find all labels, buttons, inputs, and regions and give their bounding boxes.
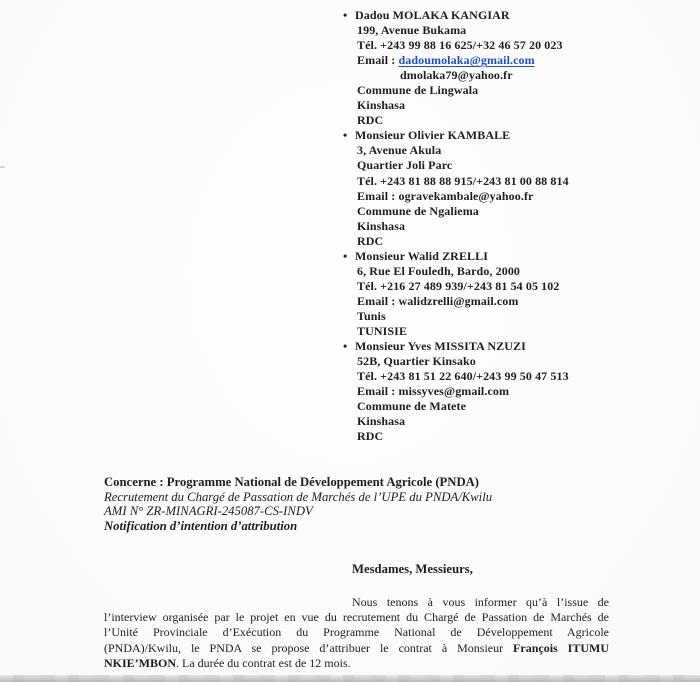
scan-artifact-bottom-band xyxy=(0,675,700,682)
address-line: 6, Rue El Fouledh, Bardo, 2000 xyxy=(343,264,569,279)
city-line: Kinshasa xyxy=(343,414,569,429)
recipient-name-line: •Monsieur Yves MISSITA NZUZI xyxy=(343,339,569,354)
recipient-block-zrelli: •Monsieur Walid ZRELLI 6, Rue El Fouledh… xyxy=(343,249,569,339)
recipient-list: •Dadou MOLAKA KANGIAR 199, Avenue Bukama… xyxy=(343,8,569,444)
body-line-5: NKIE’MBON. La durée du contrat est de 12… xyxy=(104,656,609,671)
body-line-4-text: (PNDA)/Kwilu, le PNDA se propose d’attri… xyxy=(104,641,513,655)
phone-line: Tél. +216 27 489 939/+243 81 54 05 102 xyxy=(343,279,569,294)
secondary-email-line: dmolaka79@yahoo.fr xyxy=(343,68,569,83)
phone-line: Tél. +243 81 51 22 640/+243 99 50 47 513 xyxy=(343,369,569,384)
country-line: TUNISIE xyxy=(343,324,569,339)
address-line: 199, Avenue Bukama xyxy=(343,23,569,38)
recipient-block-missita: •Monsieur Yves MISSITA NZUZI 52B, Quarti… xyxy=(343,339,569,444)
body-line-4: (PNDA)/Kwilu, le PNDA se propose d’attri… xyxy=(104,641,609,656)
salutation: Mesdames, Messieurs, xyxy=(352,562,473,577)
email-line: Email : dadoumolaka@gmail.com xyxy=(343,53,569,68)
email-text: missyves@gmail.com xyxy=(398,384,509,398)
body-line-3: l’Unité Provinciale d’Exécution du Progr… xyxy=(104,625,609,640)
email-line: Email : missyves@gmail.com xyxy=(343,384,569,399)
commune-line: Commune de Ngaliema xyxy=(343,204,569,219)
bullet-icon: • xyxy=(343,128,355,143)
email-label: Email : xyxy=(357,384,398,398)
scanned-letter-page: { "glyphs": { "bullet": "•" }, "colors":… xyxy=(0,0,700,682)
subject-recrutement: Recrutement du Chargé de Passation de Ma… xyxy=(104,490,492,505)
email-label: Email : xyxy=(357,53,398,67)
subject-concerne: Concerne : Programme National de Dévelop… xyxy=(104,475,492,490)
awardee-name-part1: François ITUMU xyxy=(513,641,609,655)
bullet-icon: • xyxy=(343,339,355,354)
body-paragraph: Nous tenons à vous informer qu’à l’issue… xyxy=(104,595,609,671)
recipient-name-line: •Dadou MOLAKA KANGIAR xyxy=(343,8,569,23)
bullet-icon: • xyxy=(343,8,355,23)
city-line: Tunis xyxy=(343,309,569,324)
awardee-name-part2: NKIE’MBON xyxy=(104,656,176,670)
country-line: RDC xyxy=(343,234,569,249)
scan-artifact-left-mark xyxy=(0,166,5,168)
email-line: Email : walidzrelli@gmail.com xyxy=(343,294,569,309)
subject-ami-reference: AMI N° ZR-MINAGRI-245087-CS-INDV xyxy=(104,504,492,519)
body-line-1: Nous tenons à vous informer qu’à l’issue… xyxy=(104,595,609,610)
phone-line: Tél. +243 81 88 88 915/+243 81 00 88 814 xyxy=(343,174,569,189)
city-line: Kinshasa xyxy=(343,219,569,234)
recipient-block-molaka: •Dadou MOLAKA KANGIAR 199, Avenue Bukama… xyxy=(343,8,569,128)
recipient-name: Monsieur Yves MISSITA NZUZI xyxy=(355,339,526,353)
body-line-2: l’interview organisée par le projet en v… xyxy=(104,610,609,625)
body-line-5-text: . La durée du contrat est de 12 mois. xyxy=(176,656,351,670)
email-text: ogravekambale@yahoo.fr xyxy=(398,189,533,203)
recipient-name-line: •Monsieur Walid ZRELLI xyxy=(343,249,569,264)
email-text: walidzrelli@gmail.com xyxy=(398,294,518,308)
country-line: RDC xyxy=(343,113,569,128)
recipient-block-kambale: •Monsieur Olivier KAMBALE 3, Avenue Akul… xyxy=(343,128,569,248)
commune-line: Commune de Matete xyxy=(343,399,569,414)
address-line: 52B, Quartier Kinsako xyxy=(343,354,569,369)
subject-notification: Notification d’intention d’attribution xyxy=(104,519,492,534)
country-line: RDC xyxy=(343,429,569,444)
email-label: Email : xyxy=(357,294,398,308)
phone-line: Tél. +243 99 88 16 625/+32 46 57 20 023 xyxy=(343,38,569,53)
email-label: Email : xyxy=(357,189,398,203)
recipient-name: Dadou MOLAKA KANGIAR xyxy=(355,8,510,22)
commune-line: Commune de Lingwala xyxy=(343,83,569,98)
email-link[interactable]: dadoumolaka@gmail.com xyxy=(398,53,534,67)
recipient-name: Monsieur Olivier KAMBALE xyxy=(355,128,510,142)
subject-block: Concerne : Programme National de Dévelop… xyxy=(104,475,492,533)
recipient-name: Monsieur Walid ZRELLI xyxy=(355,249,488,263)
city-line: Kinshasa xyxy=(343,98,569,113)
recipient-name-line: •Monsieur Olivier KAMBALE xyxy=(343,128,569,143)
email-line: Email : ogravekambale@yahoo.fr xyxy=(343,189,569,204)
bullet-icon: • xyxy=(343,249,355,264)
quartier-line: Quartier Joli Parc xyxy=(343,158,569,173)
address-line: 3, Avenue Akula xyxy=(343,143,569,158)
